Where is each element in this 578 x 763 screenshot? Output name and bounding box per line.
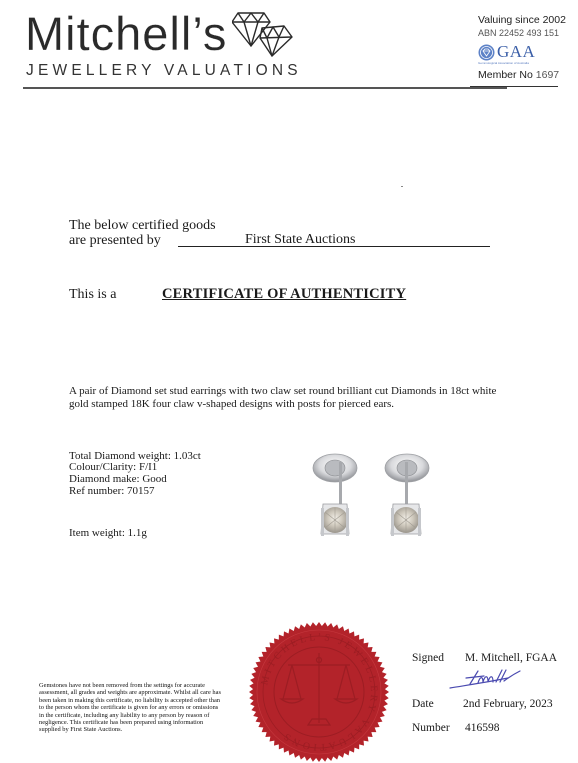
- spec-ref-number: Ref number: 70157: [69, 486, 155, 497]
- disclaimer-text: Gemstones have not been removed from the…: [39, 682, 224, 734]
- brand-name: Mitchell’s: [25, 6, 227, 62]
- signed-by-name: M. Mitchell, FGAA: [465, 652, 557, 664]
- certificate-title: CERTIFICATE OF AUTHENTICITY: [162, 286, 406, 303]
- wax-seal: MITCHELL’S JEWELLERY VALUATIONS: [246, 619, 392, 763]
- signed-label: Signed: [412, 652, 444, 664]
- certificate-number: 416598: [465, 722, 500, 734]
- spec-colour-clarity: Colour/Clarity: F/I1: [69, 462, 157, 473]
- diamond-stud-earrings-photo: [305, 448, 445, 548]
- presented-intro-line2: are presented by: [69, 233, 161, 248]
- date-label: Date: [412, 698, 434, 710]
- number-label: Number: [412, 722, 450, 734]
- member-number-value: 1697: [536, 69, 559, 81]
- spec-item-weight: Item weight: 1.1g: [69, 528, 147, 539]
- abn-number: ABN 22452 493 151: [478, 28, 559, 38]
- spec-diamond-make: Diamond make: Good: [69, 474, 167, 485]
- header-divider: [23, 87, 507, 89]
- signature-scribble: [448, 668, 526, 690]
- presented-intro-line1: The below certified goods: [69, 218, 216, 233]
- certificate-date: 2nd February, 2023: [463, 698, 553, 710]
- certificate-prefix: This is a: [69, 287, 116, 303]
- valuing-since: Valuing since 2002: [478, 14, 566, 26]
- member-label: Member No: [478, 69, 533, 81]
- item-description: A pair of Diamond set stud earrings with…: [69, 385, 499, 410]
- gaa-logo-text: GAA: [497, 42, 535, 62]
- member-number: Member No 1697: [478, 69, 559, 81]
- brand-tagline: JEWELLERY VALUATIONS: [26, 62, 302, 80]
- gaa-gem-icon: [478, 44, 495, 61]
- gaa-logo-subtext: Gemmological Association of Australia: [478, 61, 529, 65]
- scan-speck: [401, 186, 403, 187]
- presented-by-name: First State Auctions: [245, 232, 355, 248]
- diamonds-icon: [232, 10, 294, 58]
- header-right-divider: [470, 86, 558, 87]
